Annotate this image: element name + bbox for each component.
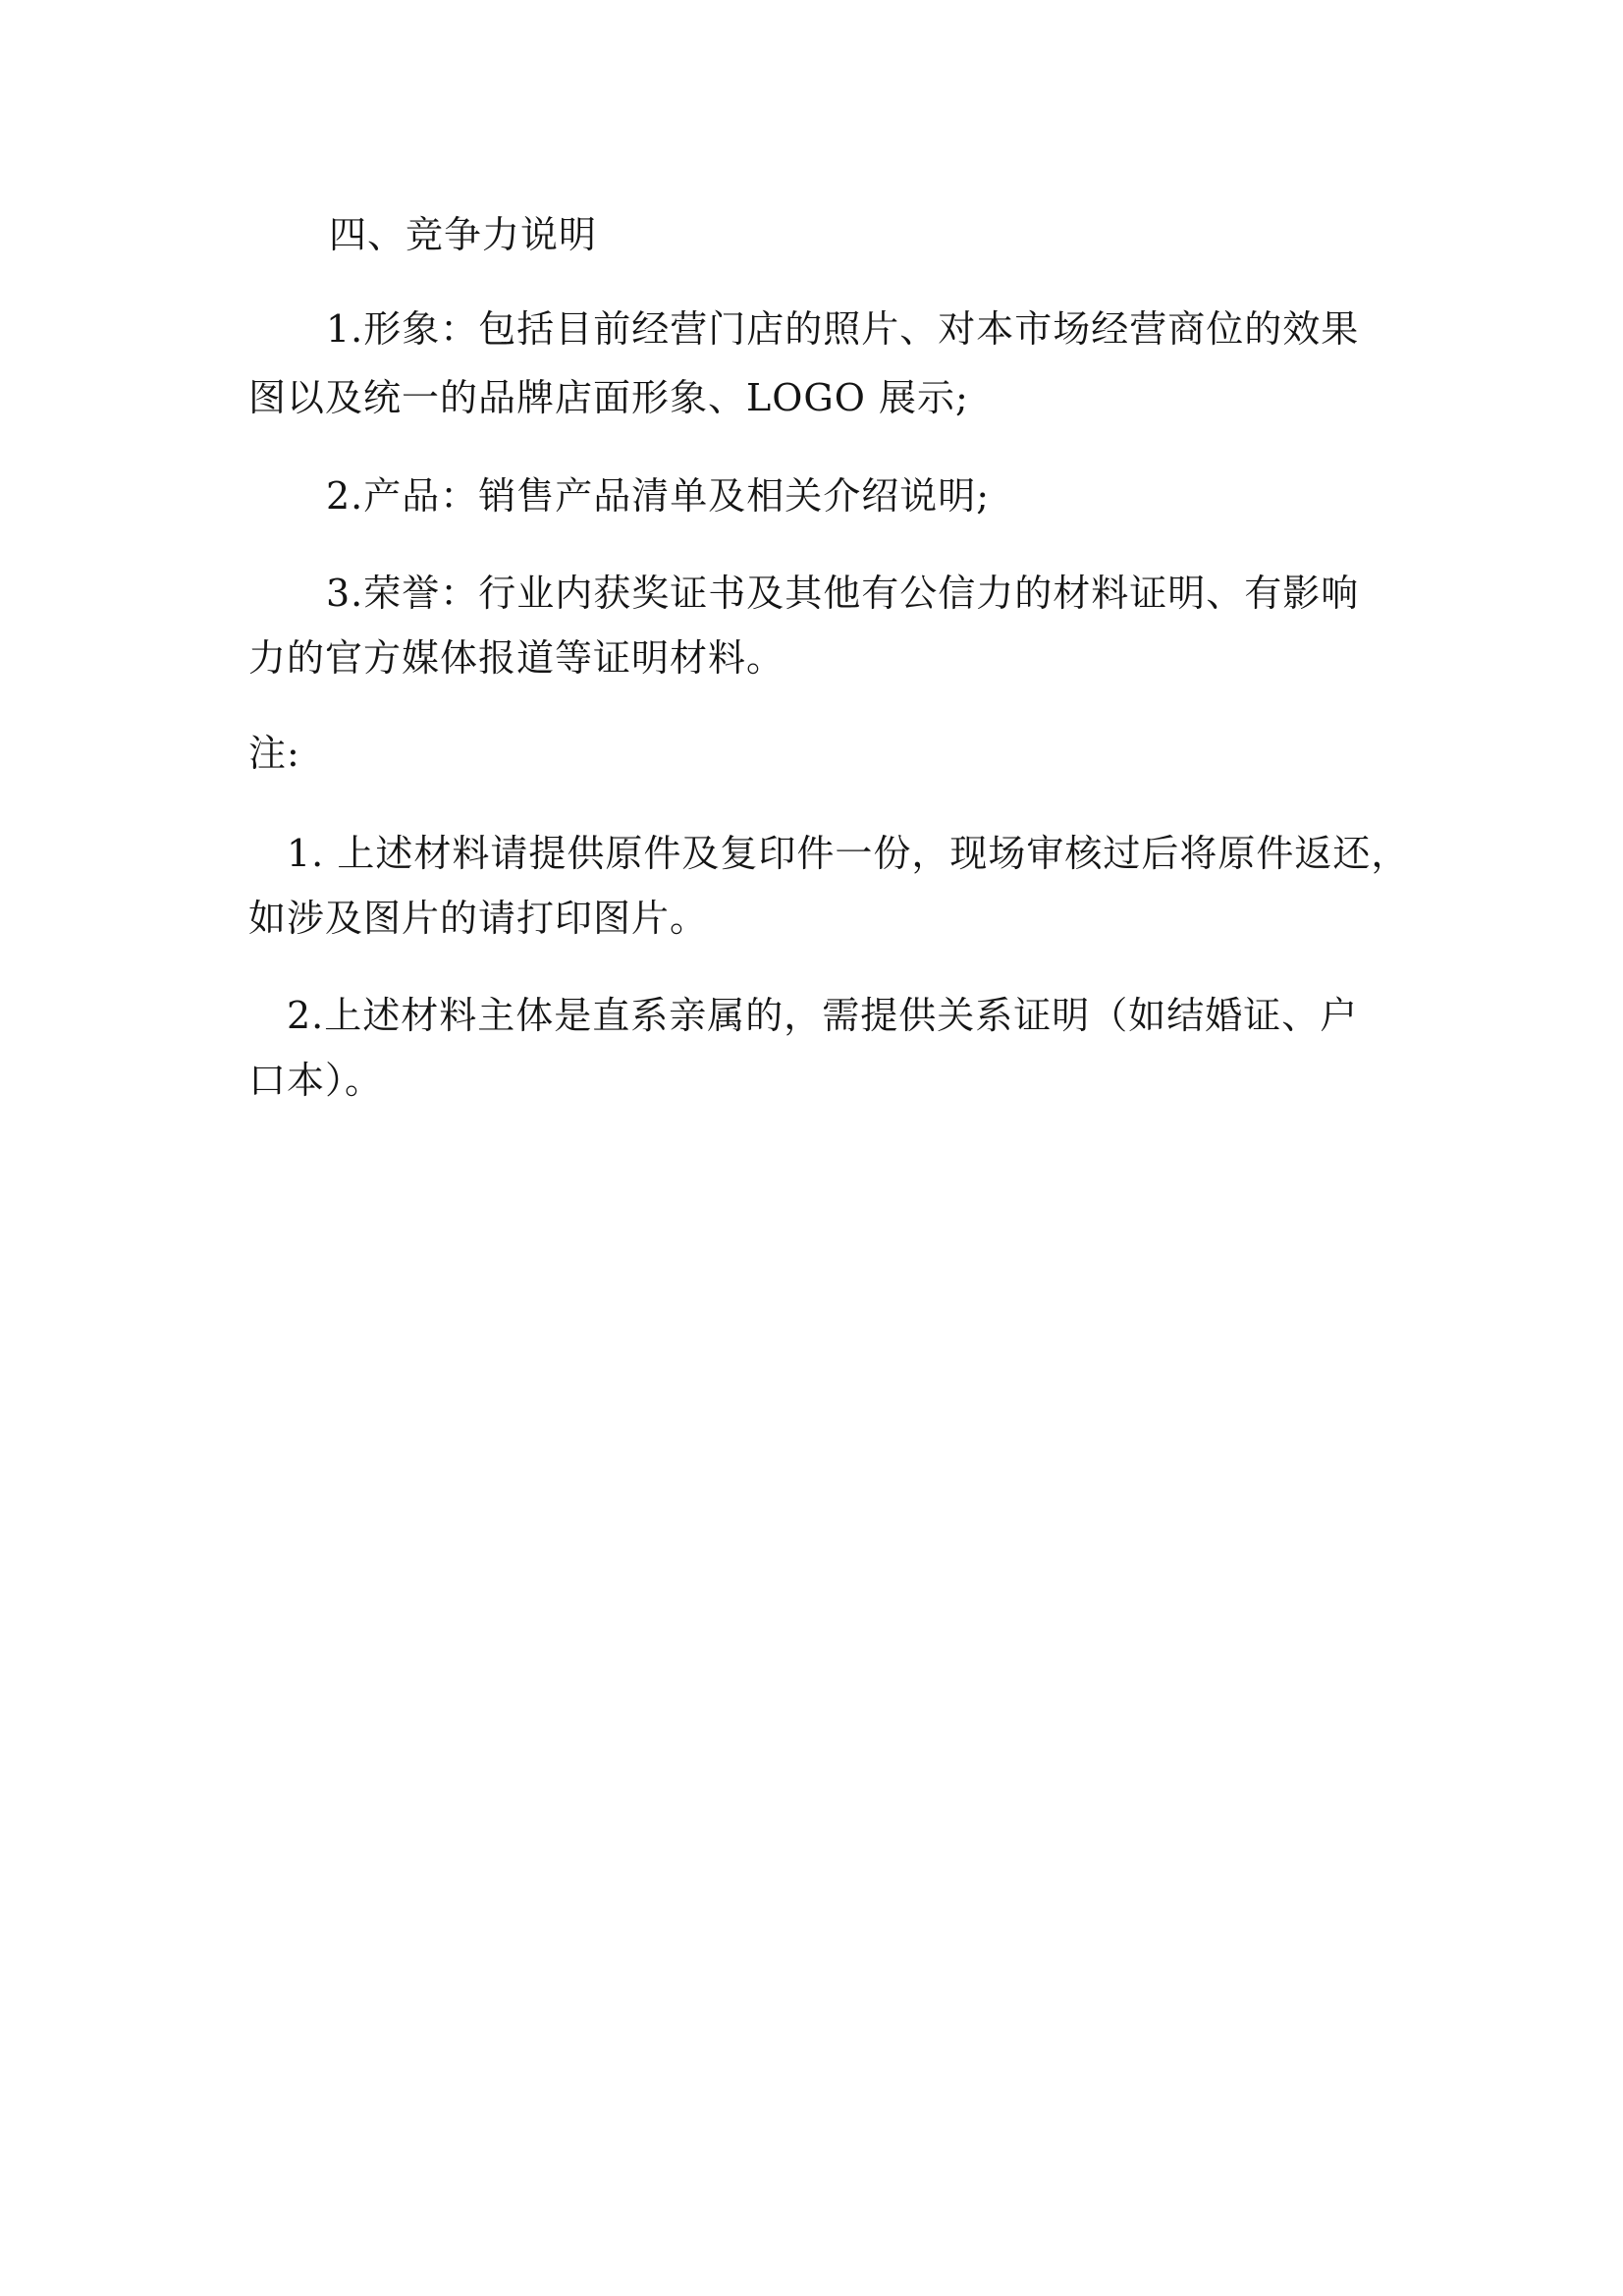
document-page: 四、竞争力说明 1.形象：包括目前经营门店的照片、对本市场经营商位的效果 图以及… xyxy=(0,0,1623,2296)
note-1-line-2: 如涉及图片的请打印图片。 xyxy=(248,899,708,938)
note-2-line-2: 口本）。 xyxy=(248,1061,383,1100)
note-1-line-1: 1. 上述材料请提供原件及复印件一份，现场审核过后将原件返还， xyxy=(287,834,1409,873)
note-label: 注: xyxy=(248,734,300,773)
item-image-line-2: 图以及统一的品牌店面形象、LOGO 展示; xyxy=(248,378,969,417)
section-heading: 四、竞争力说明 xyxy=(329,215,597,254)
item-product-line-1: 2.产品：销售产品清单及相关介绍说明; xyxy=(326,476,990,516)
item-honor-line-1: 3.荣誉：行业内获奖证书及其他有公信力的材料证明、有影响 xyxy=(326,574,1359,613)
item-honor-line-2: 力的官方媒体报道等证明材料。 xyxy=(248,638,784,678)
item-image-line-1: 1.形象：包括目前经营门店的照片、对本市场经营商位的效果 xyxy=(326,309,1359,349)
note-2-line-1: 2.上述材料主体是直系亲属的，需提供关系证明（如结婚证、户 xyxy=(287,996,1358,1035)
